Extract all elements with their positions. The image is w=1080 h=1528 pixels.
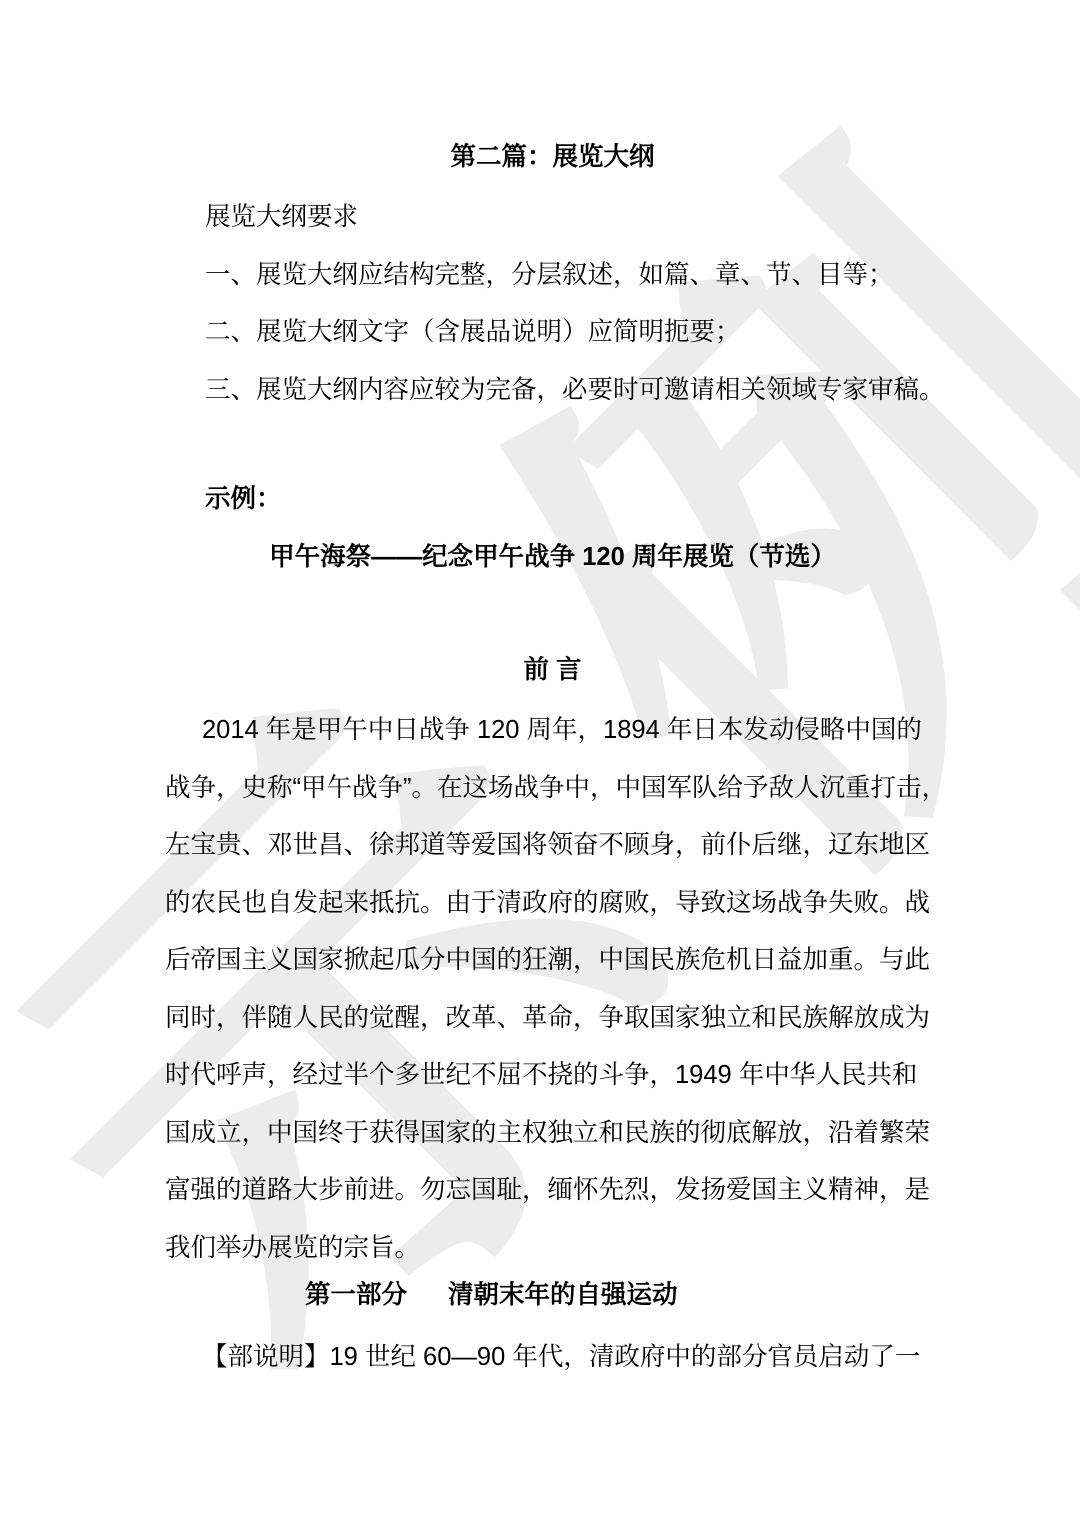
preface-line: 时代呼声，经过半个多世纪不屈不挠的斗争，1949 年中华人民共和 xyxy=(165,1047,940,1105)
part-one-label: 第一部分 xyxy=(305,1281,407,1309)
preface-line: 后帝国主义国家掀起瓜分中国的狂潮，中国民族危机日益加重。与此 xyxy=(165,932,940,990)
part-one-note-line: 【部说明】19 世纪 60—90 年代，清政府中的部分官员启动了一 xyxy=(165,1329,940,1387)
preface-line: 左宝贵、邓世昌、徐邦道等爱国将领奋不顾身，前仆后继，辽东地区 xyxy=(165,817,940,875)
preface-heading: 前 言 xyxy=(165,642,940,700)
requirement-item-3: 三、展览大纲内容应较为完备，必要时可邀请相关领域专家审稿。 xyxy=(165,362,940,420)
document-title: 第二篇：展览大纲 xyxy=(165,129,940,187)
preface-line: 国成立，中国终于获得国家的主权独立和民族的彻底解放，沿着繁荣 xyxy=(165,1105,940,1163)
exhibition-title: 甲午海祭——纪念甲午战争 120 周年展览（节选） xyxy=(165,529,940,587)
preface-line: 战争，史称“甲午战争”。在这场战争中，中国军队给予敌人沉重打击， xyxy=(165,760,940,818)
preface-paragraph: 2014 年是甲午中日战争 120 周年，1894 年日本发动侵略中国的 战争，… xyxy=(165,702,940,1277)
document-page: 示例 第二篇：展览大纲 展览大纲要求 一、展览大纲应结构完整，分层叙述，如篇、章… xyxy=(0,0,1080,1528)
document-content: 第二篇：展览大纲 展览大纲要求 一、展览大纲应结构完整，分层叙述，如篇、章、节、… xyxy=(165,0,940,1387)
requirement-item-1: 一、展览大纲应结构完整，分层叙述，如篇、章、节、目等； xyxy=(165,247,940,305)
requirement-item-2: 二、展览大纲文字（含展品说明）应简明扼要； xyxy=(165,304,940,362)
preface-line: 同时，伴随人民的觉醒，改革、革命，争取国家独立和民族解放成为 xyxy=(165,990,940,1048)
preface-line: 的农民也自发起来抵抗。由于清政府的腐败，导致这场战争失败。战 xyxy=(165,875,940,933)
part-one-title: 清朝末年的自强运动 xyxy=(448,1281,678,1309)
requirements-heading: 展览大纲要求 xyxy=(165,189,940,247)
preface-line: 富强的道路大步前进。勿忘国耻，缅怀先烈，发扬爱国主义精神，是 xyxy=(165,1162,940,1220)
preface-line: 2014 年是甲午中日战争 120 周年，1894 年日本发动侵略中国的 xyxy=(165,702,940,760)
example-label: 示例： xyxy=(165,471,940,529)
